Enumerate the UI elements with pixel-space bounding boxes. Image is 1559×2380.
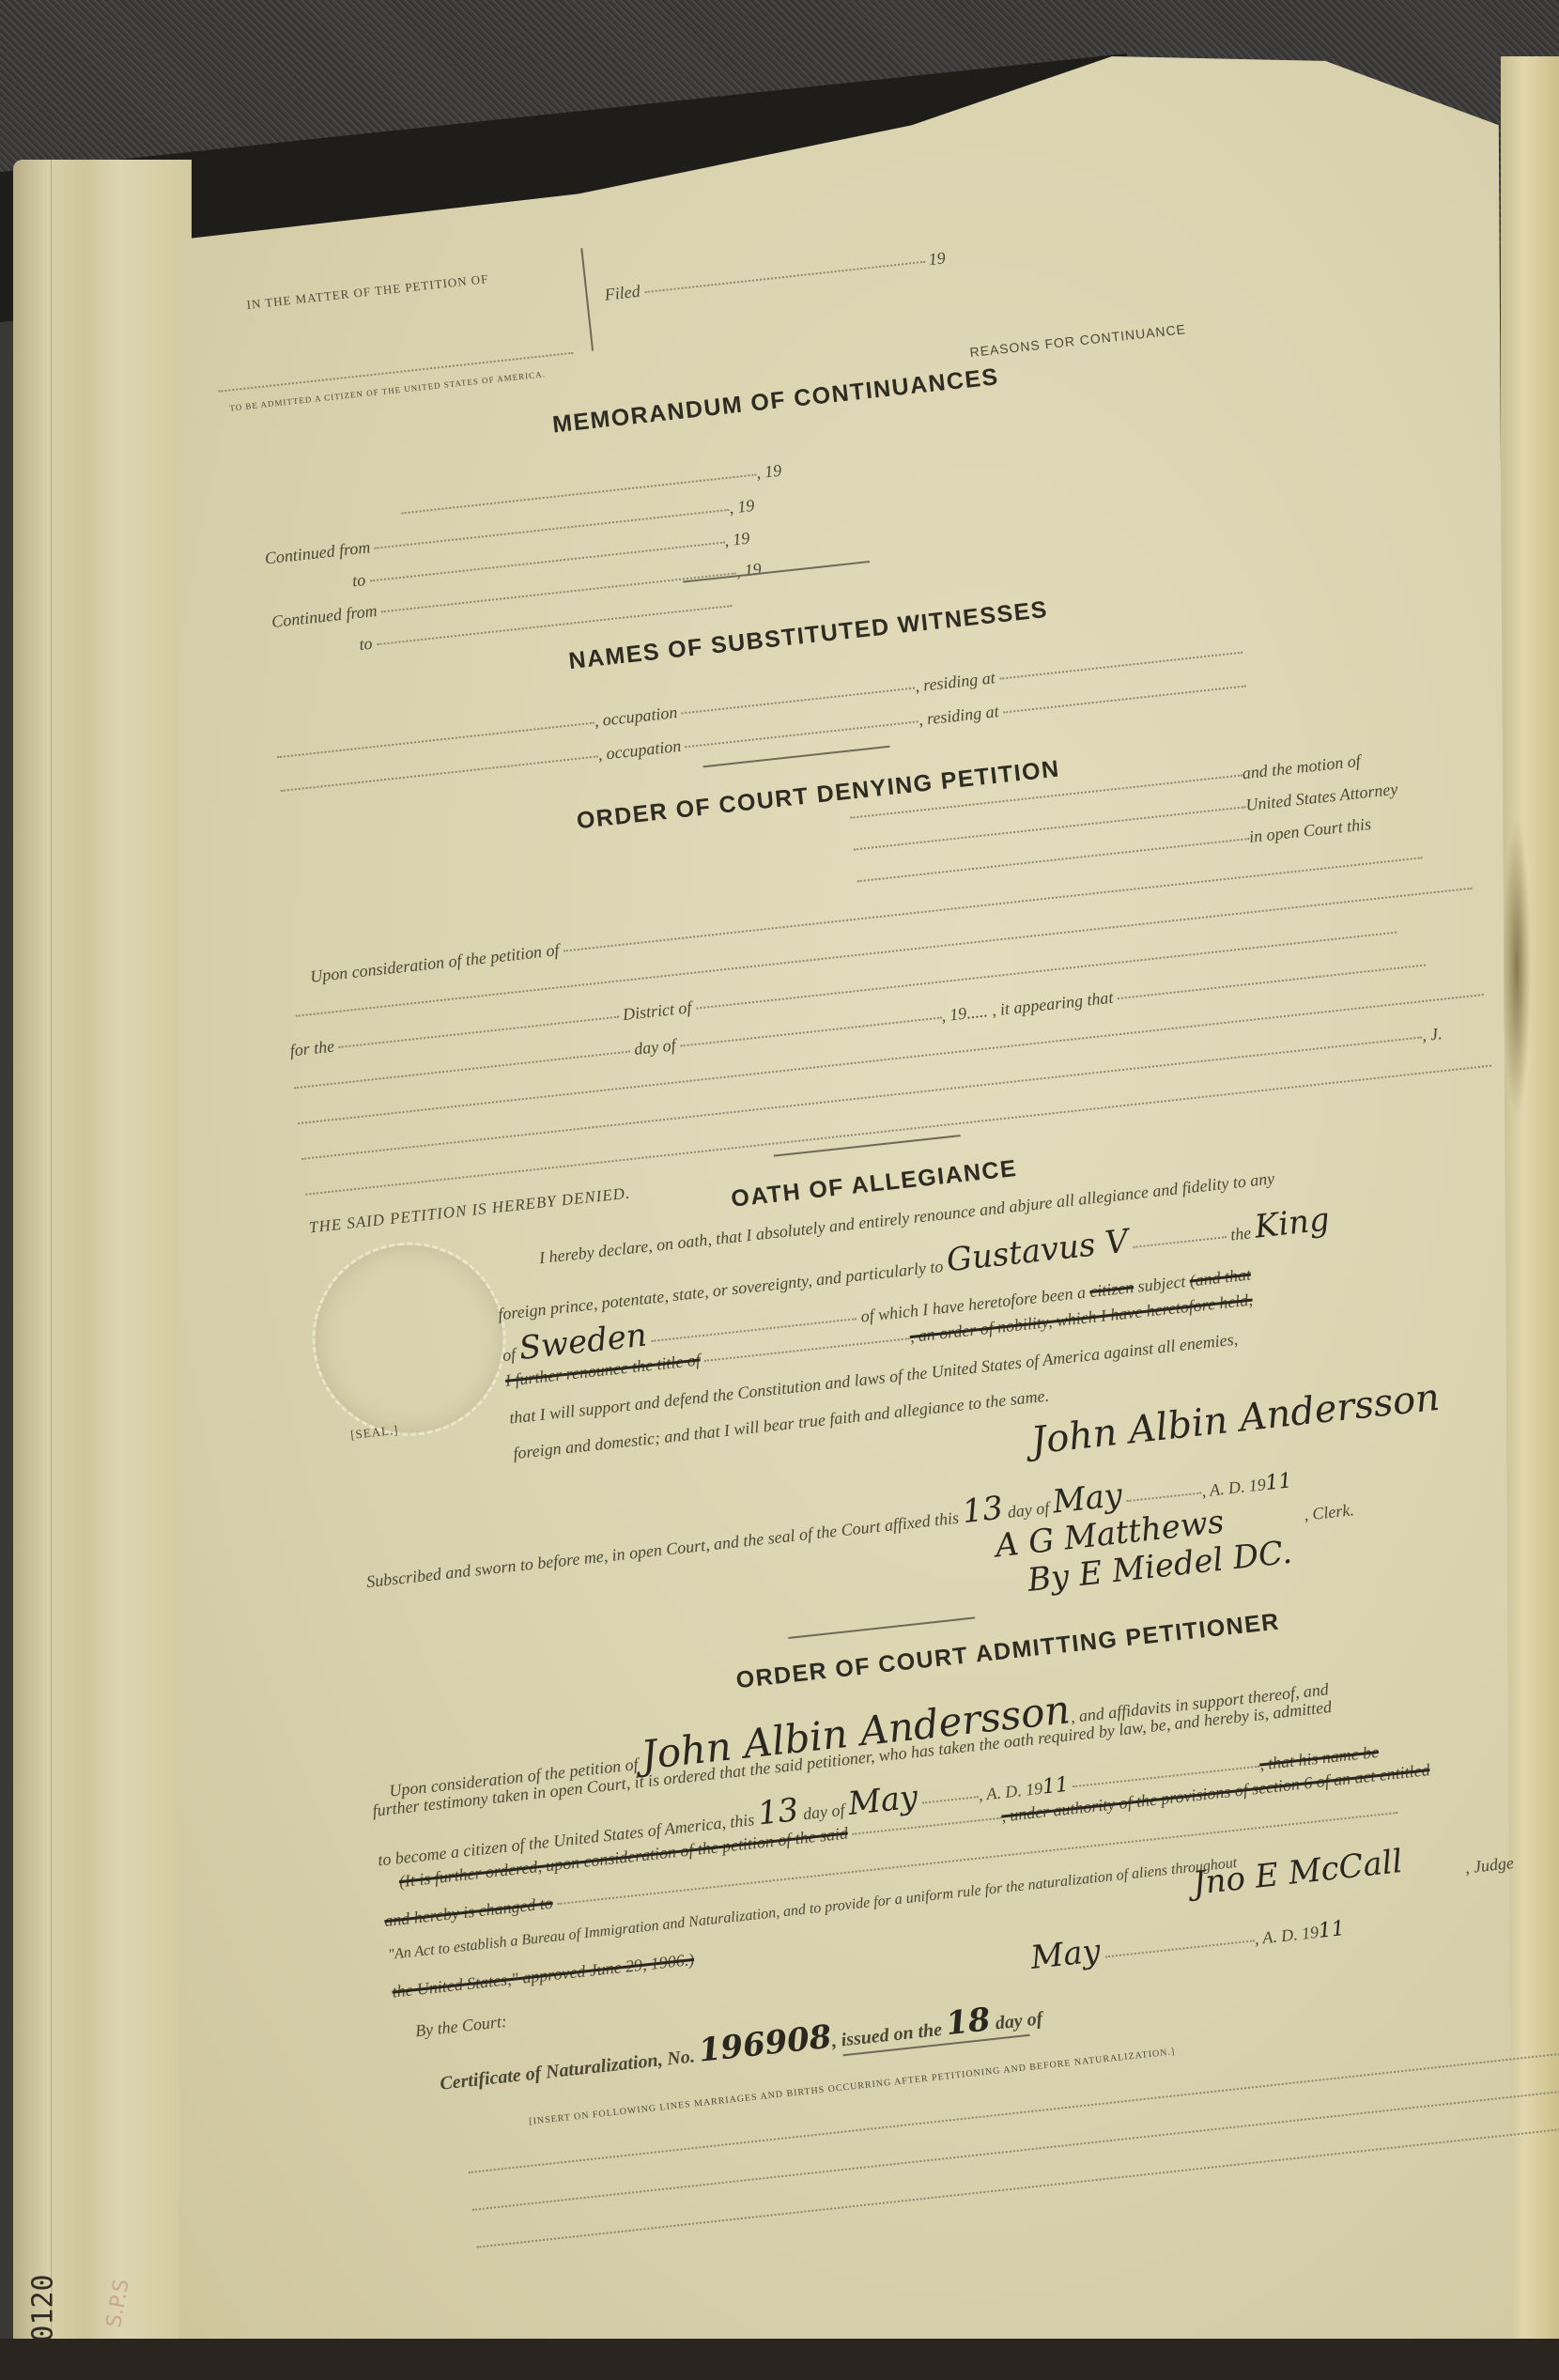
embossed-court-seal — [302, 1232, 516, 1445]
by-court-label: By the Court: — [414, 2012, 508, 2041]
judge-signature: Jno E McCall — [1191, 1843, 1404, 1903]
table-edge — [0, 2339, 1559, 2380]
judge-label: , Judge — [1464, 1853, 1515, 1878]
header-divider — [580, 248, 594, 351]
certificate-number: 196908 — [697, 2018, 833, 2070]
reasons-label: REASONS FOR CONTINUANCE — [969, 321, 1187, 360]
sovereign-title: King — [1253, 1200, 1332, 1245]
certificate-line: Certificate of Naturalization, No. 19690… — [438, 1995, 1044, 2097]
matter-label: IN THE MATTER OF THE PETITION OF — [246, 271, 489, 313]
section-rule — [788, 1616, 975, 1639]
filed-field: Filed 19 — [604, 248, 947, 304]
naturalization-form: IN THE MATTER OF THE PETITION OF TO BE A… — [197, 57, 1559, 2251]
clerk-label: , Clerk. — [1303, 1500, 1354, 1525]
issued-date: May , A. D. 1911 — [1029, 1906, 1347, 1977]
seal-label: [SEAL.] — [349, 1423, 399, 1443]
continuances-title: MEMORANDUM OF CONTINUANCES — [551, 363, 1000, 439]
corner-pencil-note: 0120 — [27, 2274, 60, 2341]
book-page-stack — [13, 160, 192, 2348]
petitioner-signature: John Albin Andersson — [1029, 1376, 1442, 1463]
